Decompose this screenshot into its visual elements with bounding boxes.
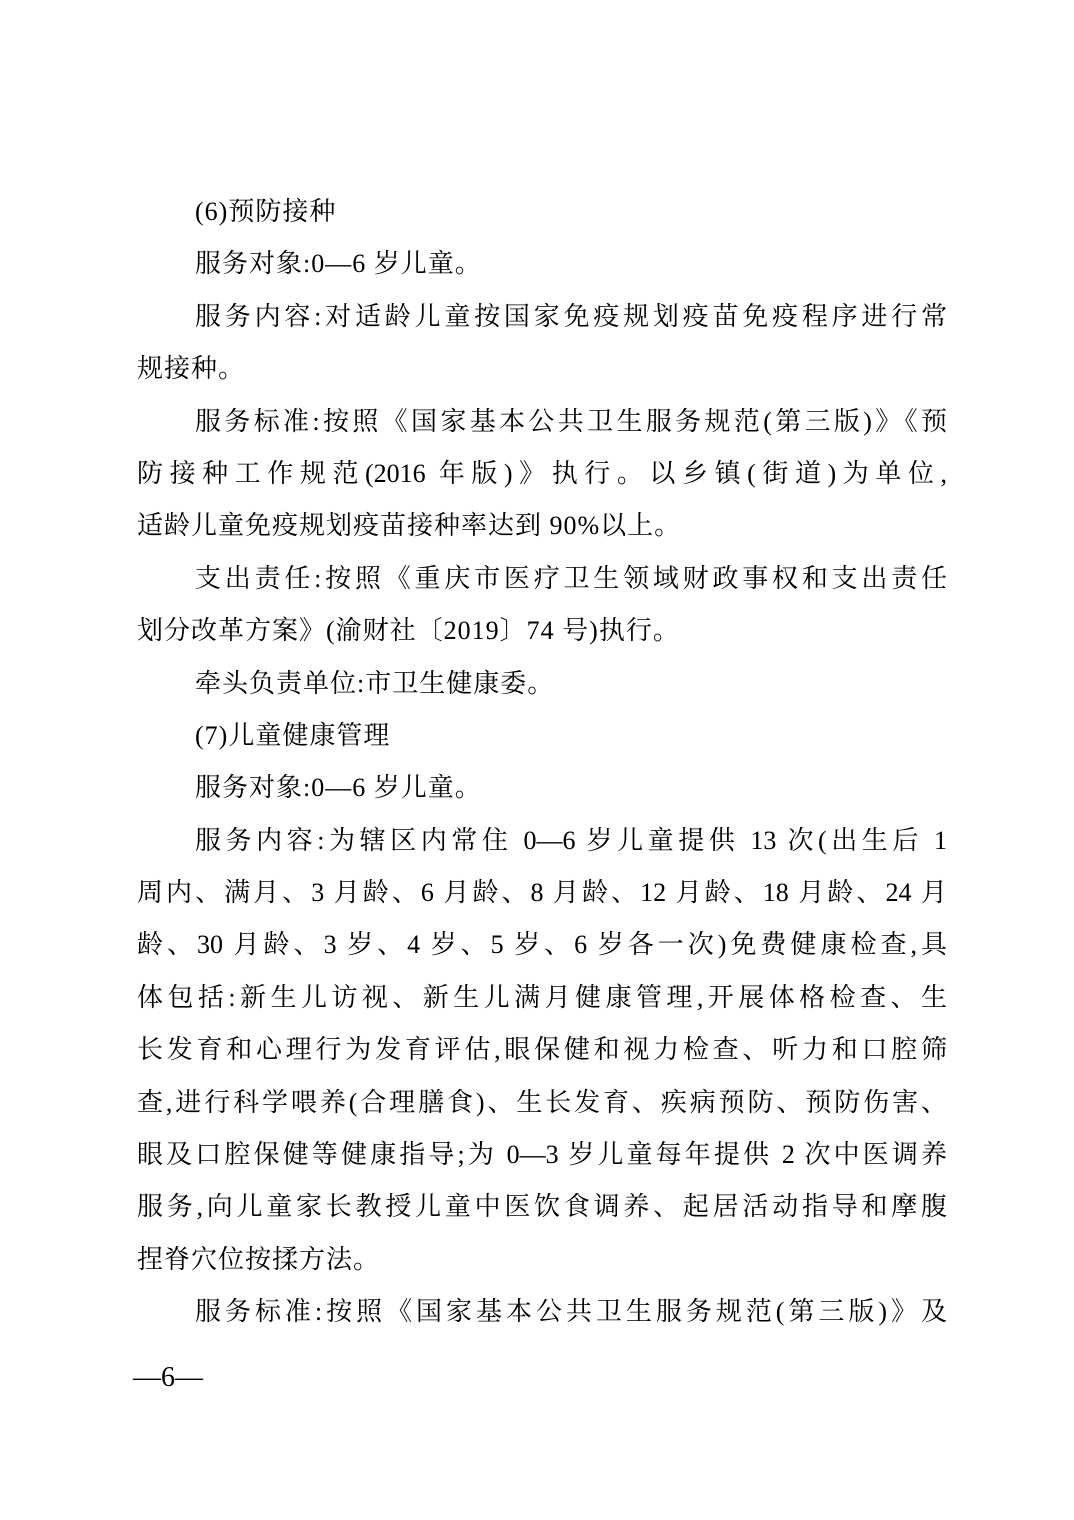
document-body: (6)预防接种服务对象:0—6 岁儿童。服务内容:对适龄儿童按国家免疫规划疫苗免… (137, 186, 947, 1339)
document-line: 服务标准:按照《国家基本公共卫生服务规范(第三版)》《预 (137, 396, 947, 448)
document-line: 服务标准:按照《国家基本公共卫生服务规范(第三版)》及 (137, 1286, 947, 1338)
document-line: 服务内容:对适龄儿童按国家免疫规划疫苗免疫程序进行常 (137, 291, 947, 343)
document-line: 长发育和心理行为发育评估,眼保健和视力检查、听力和口腔筛 (137, 1024, 947, 1076)
document-line: 眼及口腔保健等健康指导;为 0—3 岁儿童每年提供 2 次中医调养 (137, 1129, 947, 1181)
document-line: (6)预防接种 (137, 186, 947, 238)
document-line: 服务,向儿童家长教授儿童中医饮食调养、起居活动指导和摩腹 (137, 1181, 947, 1233)
document-line: 服务对象:0—6 岁儿童。 (137, 762, 947, 814)
document-line: 龄、30 月龄、3 岁、4 岁、5 岁、6 岁各一次)免费健康检查,具 (137, 919, 947, 971)
document-line: 支出责任:按照《重庆市医疗卫生领域财政事权和支出责任 (137, 553, 947, 605)
document-line: 规接种。 (137, 343, 947, 395)
document-line: 服务对象:0—6 岁儿童。 (137, 238, 947, 290)
document-line: 体包括:新生儿访视、新生儿满月健康管理,开展体格检查、生 (137, 972, 947, 1024)
document-line: 适龄儿童免疫规划疫苗接种率达到 90%以上。 (137, 500, 947, 552)
page-number: —6— (133, 1360, 203, 1396)
document-line: 捏脊穴位按揉方法。 (137, 1234, 947, 1286)
document-line: 牵头负责单位:市卫生健康委。 (137, 658, 947, 710)
document-line: 防接种工作规范(2016 年版)》执行。以乡镇(街道)为单位, (137, 448, 947, 500)
document-line: 查,进行科学喂养(合理膳食)、生长发育、疾病预防、预防伤害、 (137, 1077, 947, 1129)
document-line: 周内、满月、3 月龄、6 月龄、8 月龄、12 月龄、18 月龄、24 月 (137, 867, 947, 919)
document-line: 划分改革方案》(渝财社〔2019〕74 号)执行。 (137, 605, 947, 657)
document-line: (7)儿童健康管理 (137, 710, 947, 762)
document-line: 服务内容:为辖区内常住 0—6 岁儿童提供 13 次(出生后 1 (137, 815, 947, 867)
document-page: (6)预防接种服务对象:0—6 岁儿童。服务内容:对适龄儿童按国家免疫规划疫苗免… (0, 0, 1074, 1520)
